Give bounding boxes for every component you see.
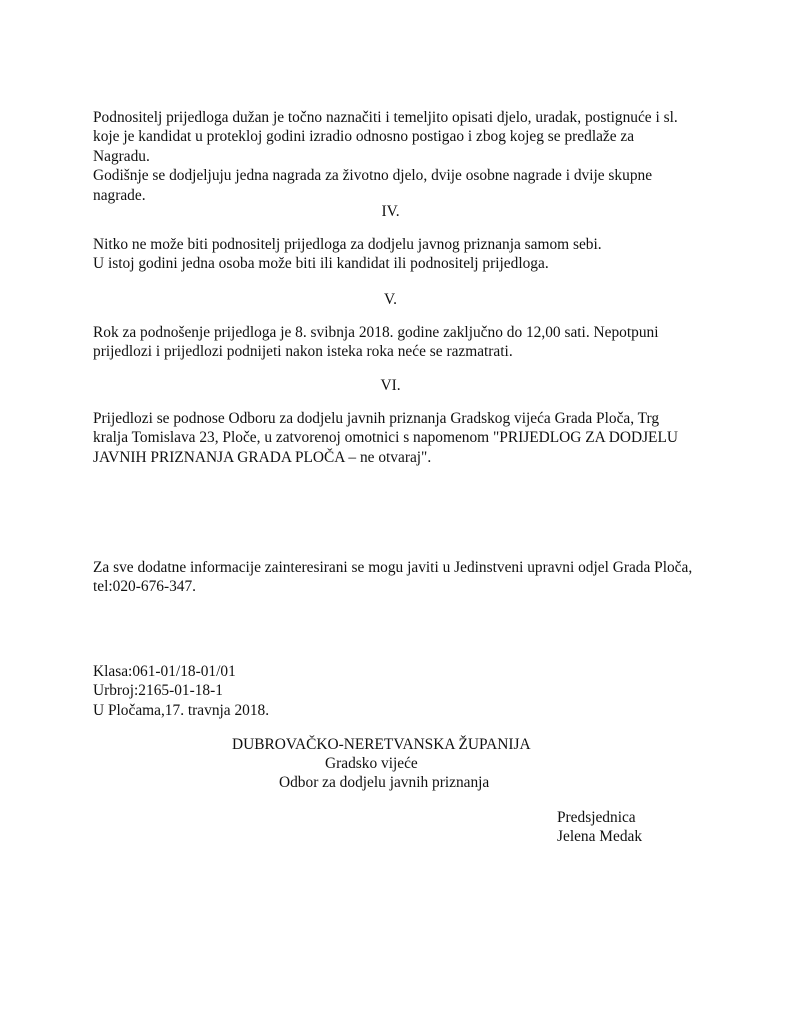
text-line: Godišnje se dodjeljuju jedna nagrada za … bbox=[93, 166, 733, 185]
text-line: tel:020-676-347. bbox=[93, 577, 733, 596]
contact-paragraph: Za sve dodatne informacije zainteresiran… bbox=[93, 558, 733, 597]
intro-paragraph: Podnositelj prijedloga dužan je točno na… bbox=[93, 108, 733, 205]
text-line: prijedlozi i prijedlozi podnijeti nakon … bbox=[93, 342, 733, 361]
section-heading-vi: VI. bbox=[0, 376, 786, 395]
signature-title: Predsjednica bbox=[557, 808, 636, 827]
issuer-committee: Odbor za dodjelu javnih priznanja bbox=[279, 773, 489, 792]
section-heading-v: V. bbox=[0, 290, 786, 309]
text-line: U istoj godini jedna osoba može biti ili… bbox=[93, 254, 733, 273]
text-line: Rok za podnošenje prijedloga je 8. svibn… bbox=[93, 323, 733, 342]
urbroj-number: Urbroj:2165-01-18-1 bbox=[93, 681, 733, 700]
text-line: JAVNIH PRIZNANJA GRADA PLOČA – ne otvara… bbox=[93, 448, 733, 467]
section-iv-paragraph: Nitko ne može biti podnositelj prijedlog… bbox=[93, 235, 733, 274]
section-vi-paragraph: Prijedlozi se podnose Odboru za dodjelu … bbox=[93, 409, 733, 467]
text-line: Za sve dodatne informacije zainteresiran… bbox=[93, 558, 733, 577]
text-line: Nagradu. bbox=[93, 147, 733, 166]
section-heading-iv: IV. bbox=[0, 202, 786, 221]
text-line: kralja Tomislava 23, Ploče, u zatvorenoj… bbox=[93, 428, 733, 447]
klasa-number: Klasa:061-01/18-01/01 bbox=[93, 662, 733, 681]
text-line: Podnositelj prijedloga dužan je točno na… bbox=[93, 108, 733, 127]
signature-name: Jelena Medak bbox=[557, 827, 642, 846]
issuer-council: Gradsko vijeće bbox=[325, 754, 418, 773]
reference-block: Klasa:061-01/18-01/01 Urbroj:2165-01-18-… bbox=[93, 662, 733, 720]
place-date: U Pločama,17. travnja 2018. bbox=[93, 701, 733, 720]
issuer-county: DUBROVAČKO-NERETVANSKA ŽUPANIJA bbox=[232, 735, 531, 754]
text-line: Prijedlozi se podnose Odboru za dodjelu … bbox=[93, 409, 733, 428]
text-line: Nitko ne može biti podnositelj prijedlog… bbox=[93, 235, 733, 254]
document-page: Podnositelj prijedloga dužan je točno na… bbox=[0, 0, 791, 1024]
text-line: koje je kandidat u protekloj godini izra… bbox=[93, 127, 733, 146]
section-v-paragraph: Rok za podnošenje prijedloga je 8. svibn… bbox=[93, 323, 733, 362]
